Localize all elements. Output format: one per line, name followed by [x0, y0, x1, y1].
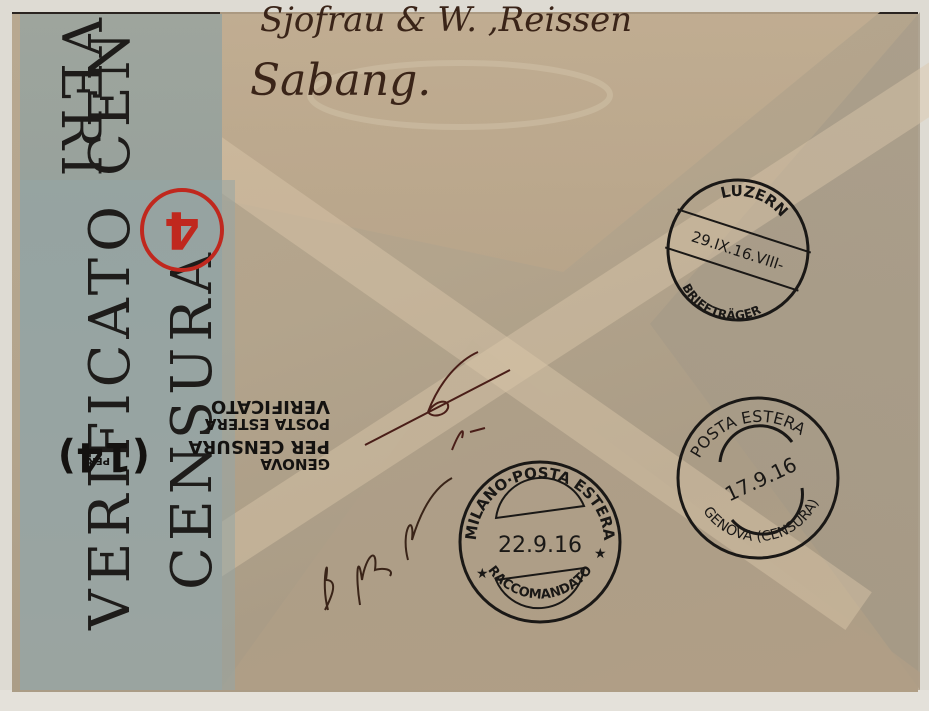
handstamp-line: VERIFICATO	[211, 398, 330, 414]
svg-text:4: 4	[164, 199, 200, 259]
svg-text:22.9.16: 22.9.16	[498, 533, 582, 558]
red-censor-number-mark: 4	[138, 186, 226, 274]
handwritten-place: Sabang.	[250, 55, 431, 106]
scan-border	[0, 690, 929, 711]
postmark-milano: MILANO·POSTA ESTERA 22.9.16 RACCOMANDATO…	[454, 456, 626, 628]
handstamp-line: POSTA ESTERA	[205, 416, 330, 432]
postmark-luzern: LUZERN 29.IX.16.VIII- BRIEFTRÄGER	[660, 172, 816, 328]
handstamp-city: GENOVA	[260, 456, 330, 472]
svg-text:★: ★	[594, 546, 607, 562]
svg-text:POSTA ESTERA: POSTA ESTERA	[686, 407, 809, 461]
postmark-genova: POSTA ESTERA GENOVA (CENSURA) 17.9.16	[672, 392, 844, 564]
svg-text:MILANO·POSTA ESTERA: MILANO·POSTA ESTERA	[462, 464, 618, 542]
handstamp-line: PER CENSURA	[188, 438, 330, 454]
svg-text:17.9.16: 17.9.16	[721, 452, 800, 506]
svg-text:★: ★	[476, 566, 489, 582]
svg-text:BRIEFTRÄGER: BRIEFTRÄGER	[674, 278, 767, 328]
svg-text:29.IX.16.VIII-: 29.IX.16.VIII-	[689, 228, 786, 275]
handwritten-address: Sjofrau & W. ,Reissen	[260, 0, 632, 40]
censor-tape-text-veri: VERI	[49, 18, 112, 182]
censor-handstamp: GENOVA PER POSTA ESTERA PER CENSURA VERI…	[80, 388, 340, 478]
handstamp-number: (14)	[58, 448, 150, 464]
svg-text:GENOVA (CENSURA): GENOVA (CENSURA)	[700, 496, 823, 545]
